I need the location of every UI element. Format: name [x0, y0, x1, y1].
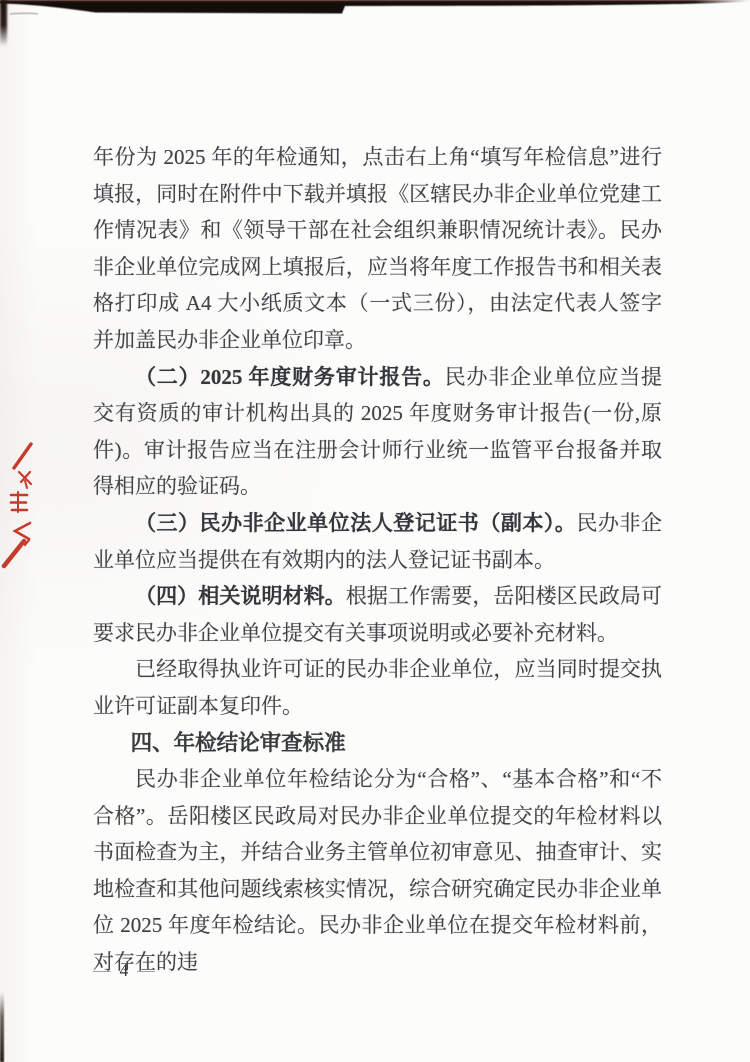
- scan-smudge-top-left: [0, 0, 7, 46]
- page-number-dash-right: —: [137, 960, 156, 980]
- paragraph: （二）2025 年度财务审计报告。民办非企业单位应当提交有资质的审计机构出具的 …: [93, 359, 662, 505]
- paragraph-lead: （二）2025 年度财务审计报告。: [135, 365, 445, 389]
- document-body: 年份为 2025 年的年检通知，点击右上角“填写年检信息”进行填报，同时在附件中…: [93, 139, 662, 981]
- red-seal-fragment: [0, 432, 36, 572]
- paragraph-text: 已经取得执业许可证的民办非企业单位，应当同时提交执业许可证副本复印件。: [93, 657, 662, 718]
- paragraph: 已经取得执业许可证的民办非企业单位，应当同时提交执业许可证副本复印件。: [93, 651, 662, 724]
- paragraph-lead: （三）民办非企业单位法人登记证书（副本）。: [135, 511, 576, 535]
- scanned-page: 年份为 2025 年的年检通知，点击右上角“填写年检信息”进行填报，同时在附件中…: [0, 0, 750, 1062]
- scan-edge-bottom-left: [0, 992, 4, 1062]
- page-number: —4—: [93, 958, 156, 982]
- paragraph: （四）相关说明材料。根据工作需要，岳阳楼区民政局可要求民办非企业单位提交有关事项…: [93, 578, 662, 651]
- scan-edge-top: [0, 0, 750, 18]
- page-number-dash-left: —: [93, 960, 112, 980]
- paragraph: 年份为 2025 年的年检通知，点击右上角“填写年检信息”进行填报，同时在附件中…: [93, 139, 662, 359]
- paragraph-text: 年份为 2025 年的年检通知，点击右上角“填写年检信息”进行填报，同时在附件中…: [93, 145, 662, 352]
- paragraph-lead: （四）相关说明材料。: [135, 584, 346, 608]
- page-number-value: 4: [112, 960, 138, 980]
- paragraph-text: 民办非企业单位年检结论分为“合格”、“基本合格”和“不合格”。岳阳楼区民政局对民…: [93, 767, 662, 974]
- paragraph: 民办非企业单位年检结论分为“合格”、“基本合格”和“不合格”。岳阳楼区民政局对民…: [93, 761, 662, 981]
- section-heading: 四、年检结论审查标准: [93, 725, 662, 762]
- paragraph: （三）民办非企业单位法人登记证书（副本）。民办非企业单位应当提供在有效期内的法人…: [93, 505, 662, 578]
